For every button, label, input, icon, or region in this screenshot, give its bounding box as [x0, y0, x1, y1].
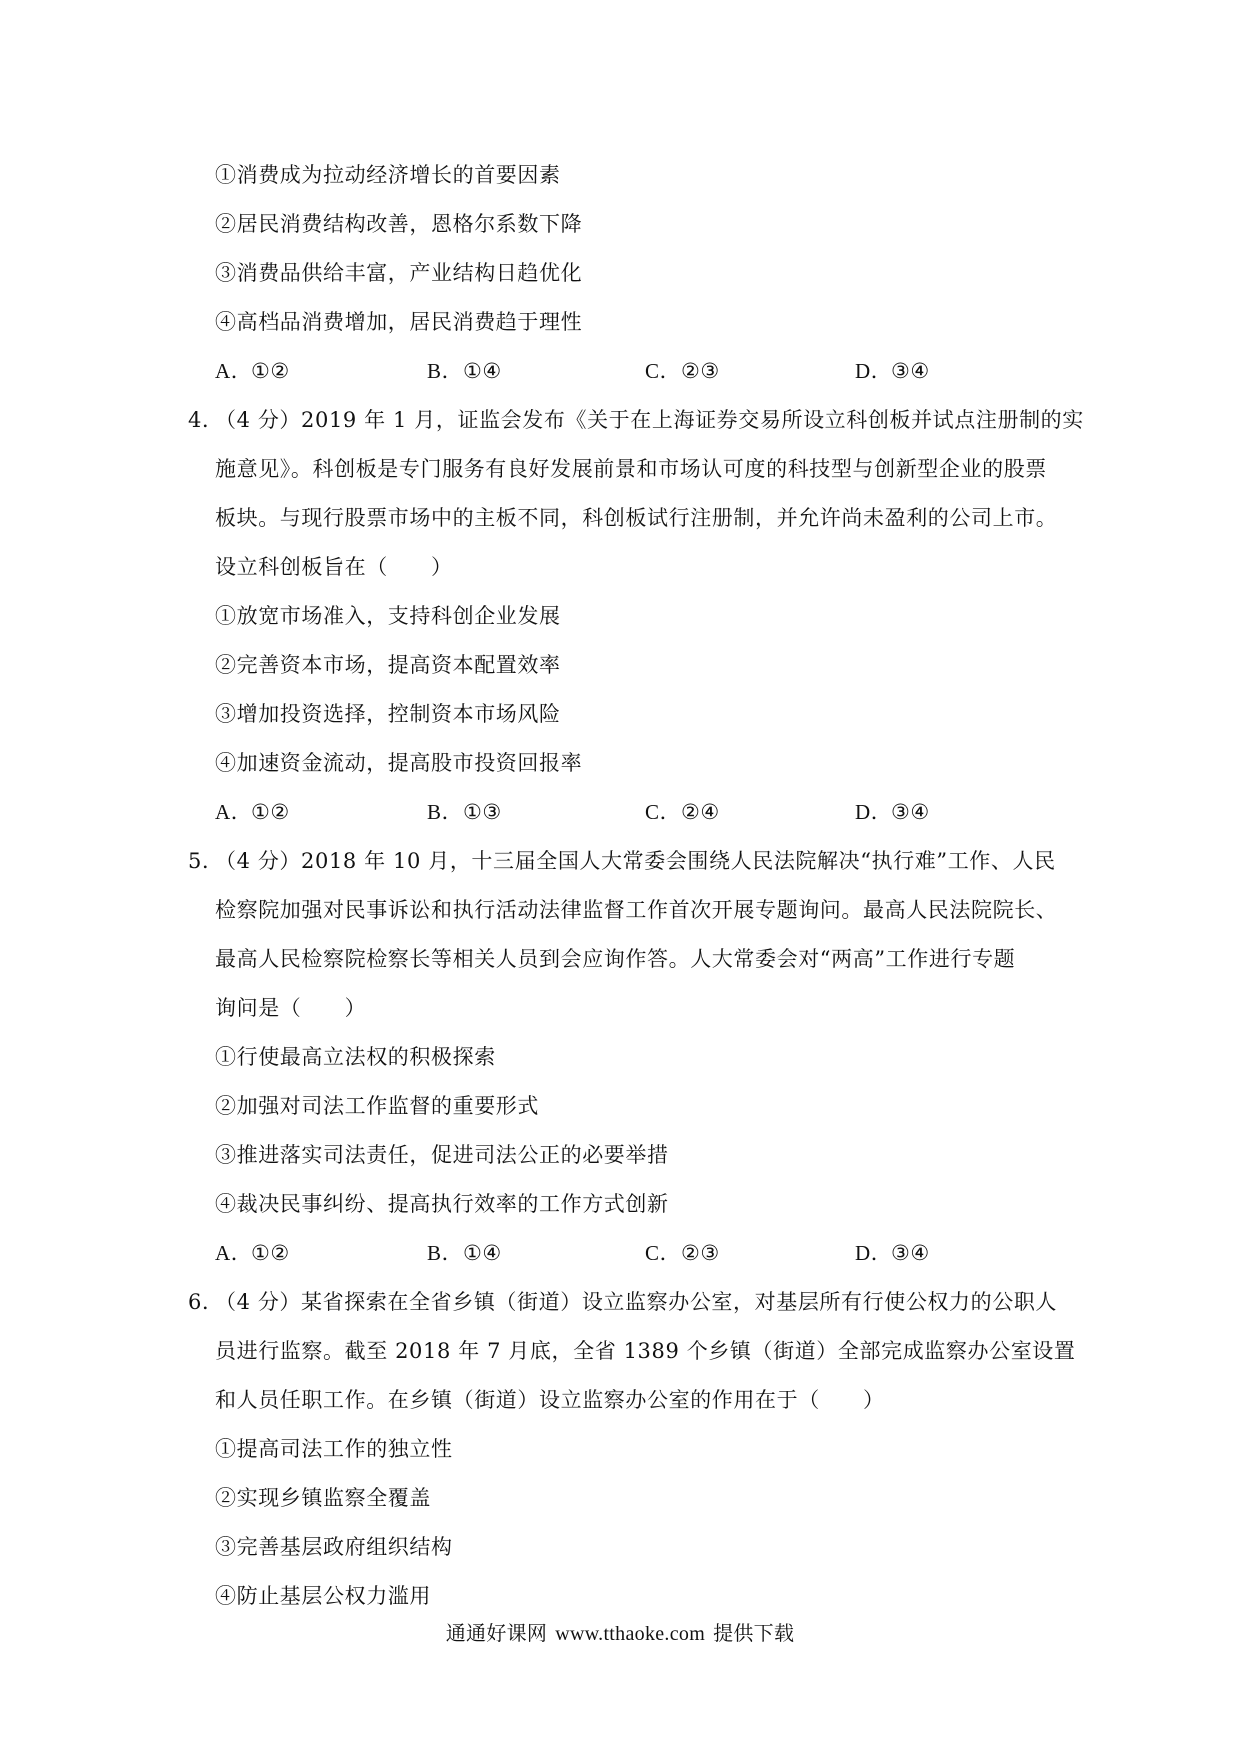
statement-3: ③完善基层政府组织结构 — [188, 1523, 1058, 1572]
statement-2: ②居民消费结构改善，恩格尔系数下降 — [188, 200, 1058, 249]
answer-options: A．①② B．①④ C．②③ D．③④ — [188, 1229, 1058, 1278]
option-a: A．①② — [215, 347, 290, 396]
question-stem-line-1: 5．（4 分）2018 年 10 月，十三届全国人大常委会围绕人民法院解决“执行… — [188, 837, 1058, 886]
statement-3: ③增加投资选择，控制资本市场风险 — [188, 690, 1058, 739]
question-stem-line-2: 员进行监察。截至 2018 年 7 月底，全省 1389 个乡镇（街道）全部完成… — [188, 1327, 1058, 1376]
question-4: 4．（4 分）2019 年 1 月，证监会发布《关于在上海证券交易所设立科创板并… — [188, 396, 1058, 837]
answer-options: A．①② B．①④ C．②③ D．③④ — [188, 347, 1058, 396]
question-number: 6． — [188, 1278, 215, 1327]
footer-url[interactable]: www.tthaoke.com — [555, 1623, 705, 1645]
question-number: 4． — [188, 396, 215, 445]
question-5: 5．（4 分）2018 年 10 月，十三届全国人大常委会围绕人民法院解决“执行… — [188, 837, 1058, 1278]
statement-1: ①放宽市场准入，支持科创企业发展 — [188, 592, 1058, 641]
option-b: B．①③ — [427, 788, 502, 837]
statement-4: ④加速资金流动，提高股市投资回报率 — [188, 739, 1058, 788]
statement-3: ③推进落实司法责任，促进司法公正的必要举措 — [188, 1131, 1058, 1180]
option-c: C．②④ — [645, 788, 720, 837]
option-d: D．③④ — [855, 1229, 930, 1278]
option-a: A．①② — [215, 1229, 290, 1278]
statement-2: ②完善资本市场，提高资本配置效率 — [188, 641, 1058, 690]
statement-2: ②实现乡镇监察全覆盖 — [188, 1474, 1058, 1523]
question-stem-line-4: 设立科创板旨在（ ） — [188, 543, 1058, 592]
option-d: D．③④ — [855, 788, 930, 837]
page-content: ①消费成为拉动经济增长的首要因素 ②居民消费结构改善，恩格尔系数下降 ③消费品供… — [188, 151, 1058, 1621]
question-stem-line-1: 4．（4 分）2019 年 1 月，证监会发布《关于在上海证券交易所设立科创板并… — [188, 396, 1058, 445]
question-number: 5． — [188, 837, 215, 886]
statement-4: ④裁决民事纠纷、提高执行效率的工作方式创新 — [188, 1180, 1058, 1229]
statement-4: ④防止基层公权力滥用 — [188, 1572, 1058, 1621]
question-stem-line-2: 检察院加强对民事诉讼和执行活动法律监督工作首次开展专题询问。最高人民法院院长、 — [188, 886, 1058, 935]
question-stem-line-3: 最高人民检察院检察长等相关人员到会应询作答。人大常委会对“两高”工作进行专题 — [188, 935, 1058, 984]
question-stem-line-3: 和人员任职工作。在乡镇（街道）设立监察办公室的作用在于（ ） — [188, 1376, 1058, 1425]
option-b: B．①④ — [427, 1229, 502, 1278]
statement-1: ①行使最高立法权的积极探索 — [188, 1033, 1058, 1082]
option-a: A．①② — [215, 788, 290, 837]
option-c: C．②③ — [645, 1229, 720, 1278]
question-6: 6．（4 分）某省探索在全省乡镇（街道）设立监察办公室，对基层所有行使公权力的公… — [188, 1278, 1058, 1621]
footer-site-name: 通通好课网 — [446, 1621, 548, 1645]
option-b: B．①④ — [427, 347, 502, 396]
statement-3: ③消费品供给丰富，产业结构日趋优化 — [188, 249, 1058, 298]
statement-4: ④高档品消费增加，居民消费趋于理性 — [188, 298, 1058, 347]
footer-suffix: 提供下载 — [713, 1621, 794, 1645]
statement-1: ①提高司法工作的独立性 — [188, 1425, 1058, 1474]
question-stem-line-2: 施意见》。科创板是专门服务有良好发展前景和市场认可度的科技型与创新型企业的股票 — [188, 445, 1058, 494]
answer-options: A．①② B．①③ C．②④ D．③④ — [188, 788, 1058, 837]
statement-2: ②加强对司法工作监督的重要形式 — [188, 1082, 1058, 1131]
document-page: ①消费成为拉动经济增长的首要因素 ②居民消费结构改善，恩格尔系数下降 ③消费品供… — [0, 0, 1240, 1754]
question-stem-line-4: 询问是（ ） — [188, 984, 1058, 1033]
option-d: D．③④ — [855, 347, 930, 396]
statement-1: ①消费成为拉动经济增长的首要因素 — [188, 151, 1058, 200]
question-3-tail: ①消费成为拉动经济增长的首要因素 ②居民消费结构改善，恩格尔系数下降 ③消费品供… — [188, 151, 1058, 396]
question-stem-line-3: 板块。与现行股票市场中的主板不同，科创板试行注册制，并允许尚未盈利的公司上市。 — [188, 494, 1058, 543]
page-footer: 通通好课网www.tthaoke.com提供下载 — [0, 1618, 1240, 1649]
option-c: C．②③ — [645, 347, 720, 396]
question-stem-line-1: 6．（4 分）某省探索在全省乡镇（街道）设立监察办公室，对基层所有行使公权力的公… — [188, 1278, 1058, 1327]
